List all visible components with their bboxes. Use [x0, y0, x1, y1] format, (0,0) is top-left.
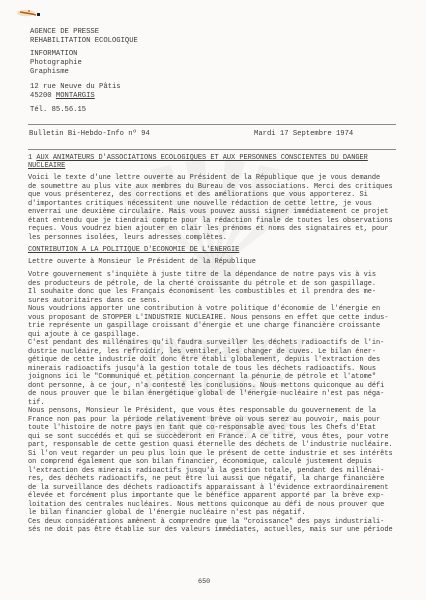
body-line: dustrie nucléaire, les refroidir, les ve…: [28, 348, 376, 356]
body-line: on comprend également que son bilan fina…: [28, 458, 372, 466]
body-line: vous proposant de STOPPER L'INDUSTRIE NU…: [28, 314, 388, 322]
section1-heading-text: AUX ANIMATEURS D'ASSOCIATIONS ECOLOGIQUE…: [36, 154, 367, 162]
intro-line: que vous présenterez, des corrections et…: [28, 191, 368, 199]
bulletin-date: Mardi 17 Septembre 1974: [254, 130, 353, 139]
divider-top: [28, 124, 396, 125]
body-line: minerais radioactifs jusqu'à la gestion …: [28, 365, 376, 373]
body-line: joignons ici le "Communiqué et pétition …: [28, 373, 376, 381]
body-line: sés ne doit pas être établie sur des val…: [28, 526, 393, 534]
body-line: res, des déchets radioactifs, ne peut êt…: [28, 475, 384, 483]
body-line: qui se sont succédés et qui se succèdero…: [28, 433, 388, 441]
info-title: INFORMATION: [30, 50, 77, 59]
section1-heading-line1: 1 AUX ANIMATEURS D'ASSOCIATIONS ECOLOGIQ…: [28, 154, 368, 162]
body-line: l'extraction des minerais radioactifs ju…: [28, 467, 384, 475]
body-line: sures autoritaires dans ce sens.: [28, 297, 161, 305]
intro-line: reçues. Vous voudrez bien ajouter en cla…: [28, 225, 388, 233]
intro-line: enverrai une deuxième circulaire. Mais v…: [28, 208, 388, 216]
section2-heading: CONTRIBUTION A LA POLITIQUE D'ECONOMIE D…: [28, 246, 239, 254]
page-number: 650: [198, 578, 210, 586]
divider-bottom: [28, 149, 396, 150]
section1-heading-line2: NUCLEAIRE: [28, 162, 65, 170]
document-page: FONDATION ECOLOGIE POLITIQUE AGENCE DE P…: [0, 0, 426, 600]
address-postcode: 45200: [30, 92, 52, 100]
body-line: dont personne, à ce jour, n'a contesté l…: [28, 382, 384, 390]
body-line: Nous pensons, Monsieur le Président, que…: [28, 407, 376, 415]
body-line: trie représente un gaspillage croissant …: [28, 322, 380, 330]
logo-stain-icon: [16, 8, 44, 18]
intro-line: d'importantes critiques nécessitent une …: [28, 200, 372, 208]
address-city: MONTARGIS: [56, 92, 95, 100]
address-city-line: 45200 MONTARGIS: [30, 92, 95, 101]
intro-line: étant entendu que je tiendrai compte pou…: [28, 217, 393, 225]
bulletin-title: Bulletin Bi-Hebdo-Info nº 94: [29, 130, 150, 139]
body-line: Nous voudrions apporter une contribution…: [28, 305, 380, 313]
body-line: de nous prouver que le bilan énergétique…: [28, 390, 384, 398]
body-line: C'est pendant des millénaires qu'il faud…: [28, 339, 384, 347]
intro-line: Voici le texte d'une lettre ouverte au P…: [28, 174, 380, 182]
body-line: part, responsable de cette gestion quasi…: [28, 441, 393, 449]
body-line: loitation des centrales nucléaires. Nous…: [28, 501, 384, 509]
body-line: Ces deux considérations amènent à compre…: [28, 518, 384, 526]
intro-line: les personnes isolées, leurs adresses co…: [28, 234, 227, 242]
info-graphics: Graphisme: [30, 68, 69, 77]
body-line: le bilan financier global de l'énergie n…: [28, 509, 306, 517]
body-line: de la surveillance des déchets radioacti…: [28, 484, 388, 492]
body-line: France non pas pour la période relativem…: [28, 416, 380, 424]
agency-name-line1: AGENCE DE PRESSE: [30, 28, 99, 37]
body-line: élevée et forcément plus importante que …: [28, 492, 384, 500]
body-line: des producteurs de pétrole, de la cherté…: [28, 280, 376, 288]
body-line: Votre gouvernement s'inquiète à juste ti…: [28, 271, 376, 279]
phone-number: Tél. 85.56.15: [30, 106, 86, 115]
intro-line: de soumettre au plus vite aux membres du…: [28, 183, 393, 191]
body-line: toute l'histoire de notre pays en tant q…: [28, 424, 376, 432]
letter-title: Lettre ouverte à Monsieur le Président d…: [28, 258, 256, 266]
section-number: 1: [28, 154, 32, 162]
body-line: tif.: [28, 399, 45, 407]
body-line: Si l'on veut regarder un peu plus loin q…: [28, 450, 393, 458]
address-street: 12 rue Neuve du Pâtis: [30, 83, 121, 92]
body-line: Il souhaite donc que les Français économ…: [28, 288, 376, 296]
body-line: qui ajoute à ce gaspillage.: [28, 331, 140, 339]
info-photography: Photographie: [30, 59, 82, 68]
body-line: gétique de cette industrie doit donc êtr…: [28, 356, 380, 364]
agency-name-line2: REHABILITATION ECOLOGIQUE: [30, 37, 138, 46]
